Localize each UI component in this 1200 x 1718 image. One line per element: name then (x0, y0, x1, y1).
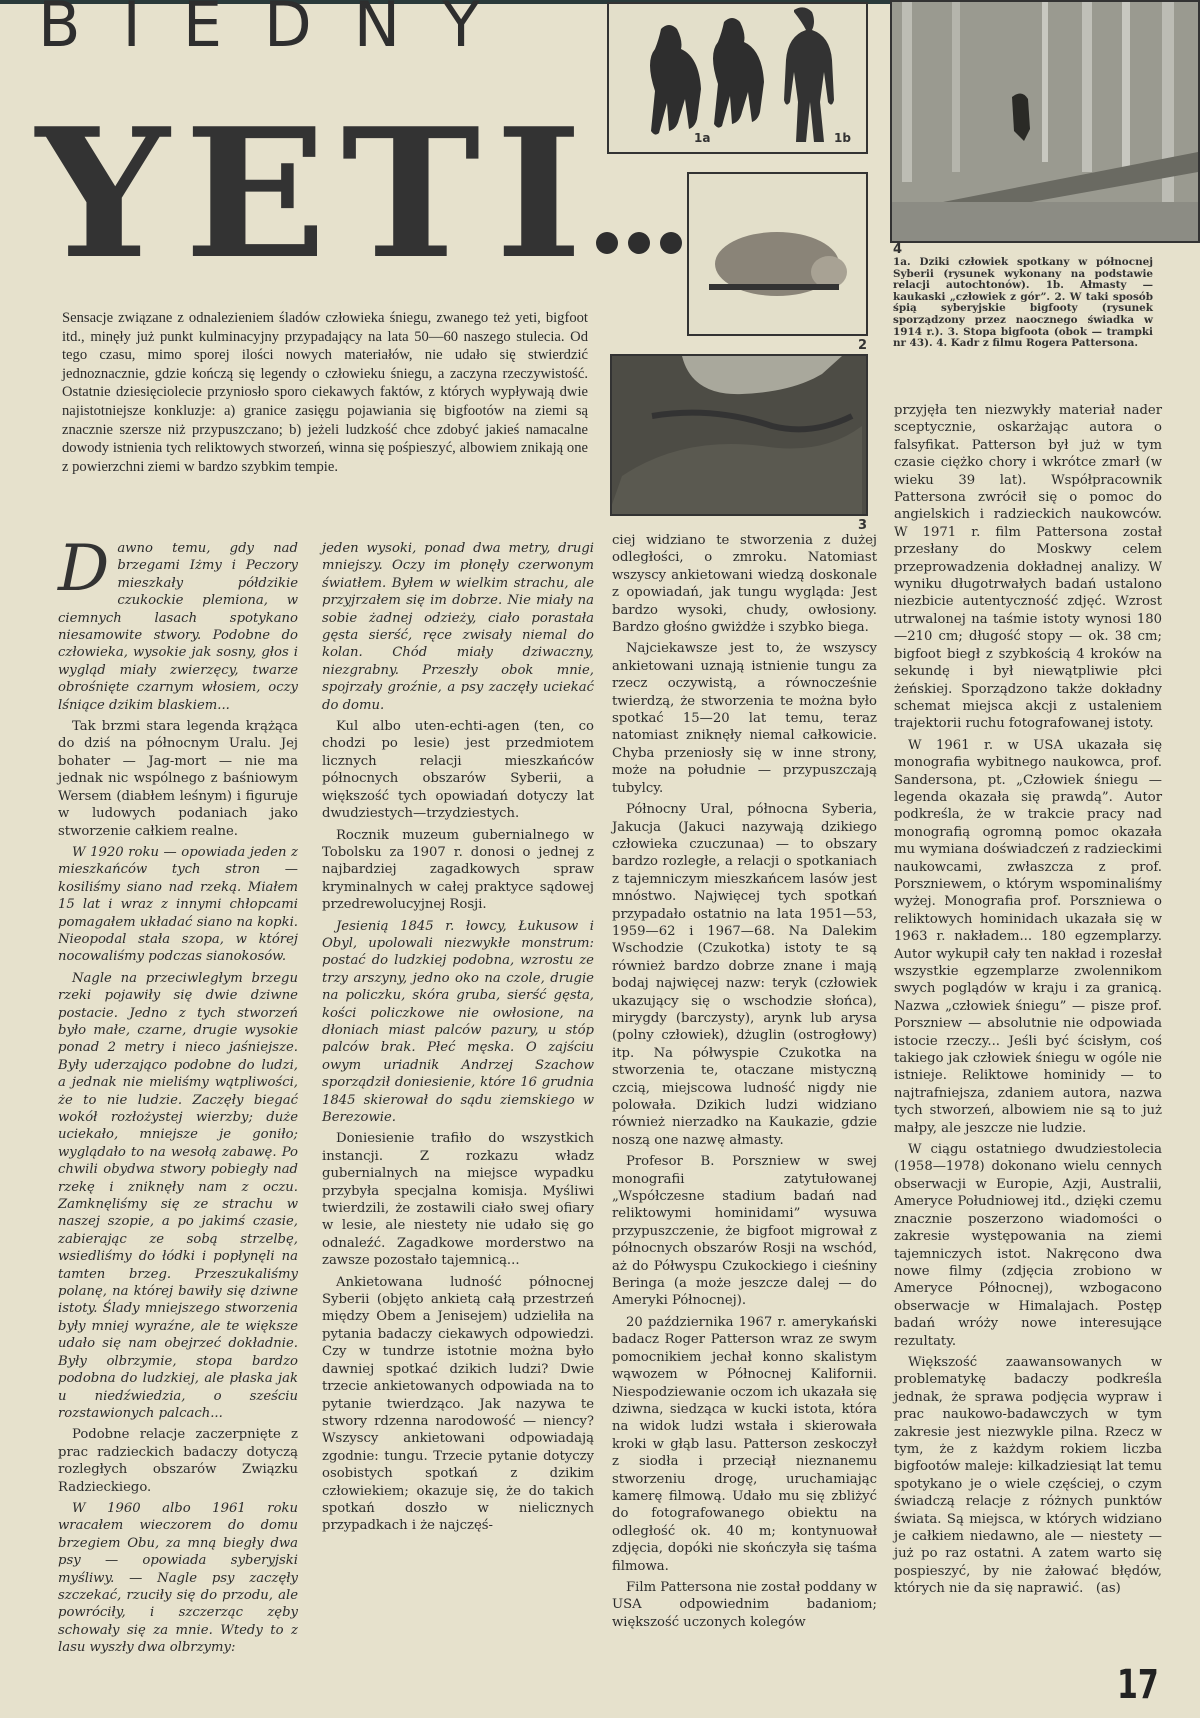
figure-3-footprint-photo (610, 354, 868, 516)
figure-1-drawings: 1a 1b (607, 2, 868, 154)
paragraph: W 1960 albo 1961 roku wracałem wieczorem… (58, 1500, 298, 1657)
paragraph: Ankietowana ludność północnej Syberii (o… (322, 1274, 594, 1535)
paragraph: Dawno temu, gdy nad brzegami Iżmy i Pecz… (58, 540, 298, 714)
figure-2-crouching-creature (687, 172, 868, 336)
paragraph: Doniesienie trafiło do wszystkich instan… (322, 1130, 594, 1269)
paragraph: jeden wysoki, ponad dwa metry, drugi mni… (322, 540, 594, 714)
figure-4-film-frame (890, 0, 1200, 243)
paragraph: Jesienią 1845 r. łowcy, Łukusow i Obyl, … (322, 918, 594, 1127)
page-number: 17 (1117, 1662, 1159, 1708)
kicker-title: BIEDNY (38, 0, 522, 56)
paragraph: Nagle na przeciwległym brzegu rzeki poja… (58, 970, 298, 1423)
paragraph: Północny Ural, północna Syberia, Jakucja… (612, 801, 877, 1149)
paragraph: ciej widziano te stworzenia z dużej odle… (612, 532, 877, 636)
article-column-1: Dawno temu, gdy nad brzegami Iżmy i Pecz… (58, 540, 298, 1661)
paragraph: W ciągu ostatniego dwudziestolecia (1958… (894, 1141, 1162, 1350)
footprint-photo (612, 356, 866, 514)
paragraph: przyjęła ten niezwykły materiał nader sc… (894, 402, 1162, 733)
article-column-2: jeden wysoki, ponad dwa metry, drugi mni… (322, 540, 594, 1539)
figure-caption: 1a. Dziki człowiek spotkany w północnej … (893, 257, 1153, 350)
paragraph: Podobne relacje zaczerpnięte z prac radz… (58, 1426, 298, 1496)
svg-text:1b: 1b (834, 131, 851, 145)
paragraph: W 1920 roku — opowiada jeden z mieszkańc… (58, 844, 298, 966)
figure-2-label: 2 (858, 338, 867, 353)
paragraph: Tak brzmi stara legenda krążąca do dziś … (58, 718, 298, 840)
hairy-figures-illustration: 1a 1b (609, 4, 866, 152)
paragraph: Profesor B. Porszniew w swej monografii … (612, 1153, 877, 1310)
crouching-creature-illustration (689, 174, 866, 334)
paragraph: Większość zaawansowanych w problematykę … (894, 1354, 1162, 1598)
article-lede: Sensacje związane z odnalezieniem śladów… (62, 309, 588, 476)
figure-4-label: 4 (893, 242, 902, 257)
svg-text:1a: 1a (694, 131, 710, 145)
author-signature: (as) (1096, 1581, 1121, 1596)
paragraph: 20 października 1967 r. amerykański bada… (612, 1314, 877, 1575)
drop-cap: D (58, 544, 109, 594)
headline-ellipsis (596, 232, 692, 258)
paragraph: W 1961 r. w USA ukazała się monografia w… (894, 737, 1162, 1137)
paragraph: Kul albo uten-echti-agen (ten, co chodzi… (322, 718, 594, 822)
paragraph: Rocznik muzeum gubernialnego w Tobolsku … (322, 827, 594, 914)
headline: YETI (36, 105, 597, 283)
forest-film-frame (892, 2, 1198, 241)
paragraph: Najciekawsze jest to, że wszyscy ankieto… (612, 640, 877, 797)
paragraph: Film Pattersona nie został poddany w USA… (612, 1579, 877, 1631)
article-column-3: ciej widziano te stworzenia z dużej odle… (612, 532, 877, 1635)
figure-3-label: 3 (858, 518, 867, 533)
article-column-4: przyjęła ten niezwykły materiał nader sc… (894, 402, 1162, 1602)
